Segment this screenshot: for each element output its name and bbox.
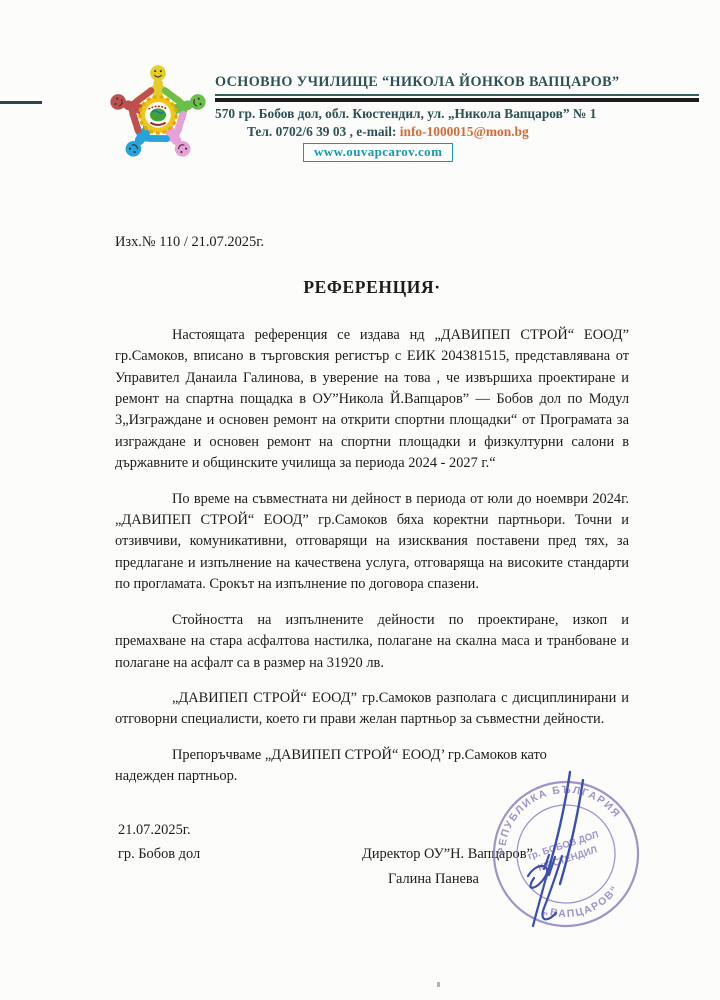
school-name: ОСНОВНО УЧИЛИЩЕ “НИКОЛА ЙОНКОВ ВАПЦАРОВ”: [215, 74, 699, 96]
letter-place: гр. Бобов дол: [118, 842, 200, 866]
letterhead: ОСНОВНО УЧИЛИЩЕ “НИКОЛА ЙОНКОВ ВАПЦАРОВ”…: [215, 74, 699, 162]
paragraph: „ДАВИПЕП СТРОЙ“ ЕООД” гр.Самоков разпола…: [115, 688, 629, 731]
website-address: www.ouvapcarov.com: [303, 143, 453, 162]
email-address: info-1000015@mon.bg: [400, 124, 529, 139]
header-divider: [215, 98, 699, 102]
document-title: РЕФЕРЕНЦИЯ·: [115, 277, 629, 298]
scan-artifact: [437, 982, 440, 987]
website-row: www.ouvapcarov.com: [215, 143, 699, 162]
letter-date: 21.07.2025г.: [118, 818, 200, 842]
letter-body: Изх.№ 110 / 21.07.2025г. РЕФЕРЕНЦИЯ· Нас…: [115, 232, 629, 802]
paragraph: Стойността на изпълнените дейности по пр…: [115, 610, 629, 674]
official-stamp: РЕПУБЛИКА БЪЛГАРИЯ „ВАПЦАРОВ“ гр. БОБОВ …: [470, 758, 662, 950]
phone-email-line: Тел. 0702/6 39 03 , e-mail: info-1000015…: [215, 124, 699, 140]
phone-label: Тел. 0702/6 39 03 , e-mail:: [247, 124, 400, 139]
paragraph: По време на съвместната ни дейност в пер…: [115, 489, 629, 596]
scanned-reference-letter-page: ОСНОВНО УЧИЛИЩЕ “НИКОЛА ЙОНКОВ ВАПЦАРОВ”…: [0, 0, 720, 1000]
school-address: 570 гр. Бобов дол, обл. Кюстендил, ул. „…: [215, 106, 699, 122]
letterhead-left-rule: [0, 101, 42, 104]
outgoing-ref-number: Изх.№ 110 / 21.07.2025г.: [115, 232, 629, 253]
paragraph: Настоящата референция се издава нд „ДАВИ…: [115, 325, 629, 475]
date-place-block: 21.07.2025г. гр. Бобов дол: [118, 818, 200, 866]
school-logo-icon: [100, 54, 216, 172]
